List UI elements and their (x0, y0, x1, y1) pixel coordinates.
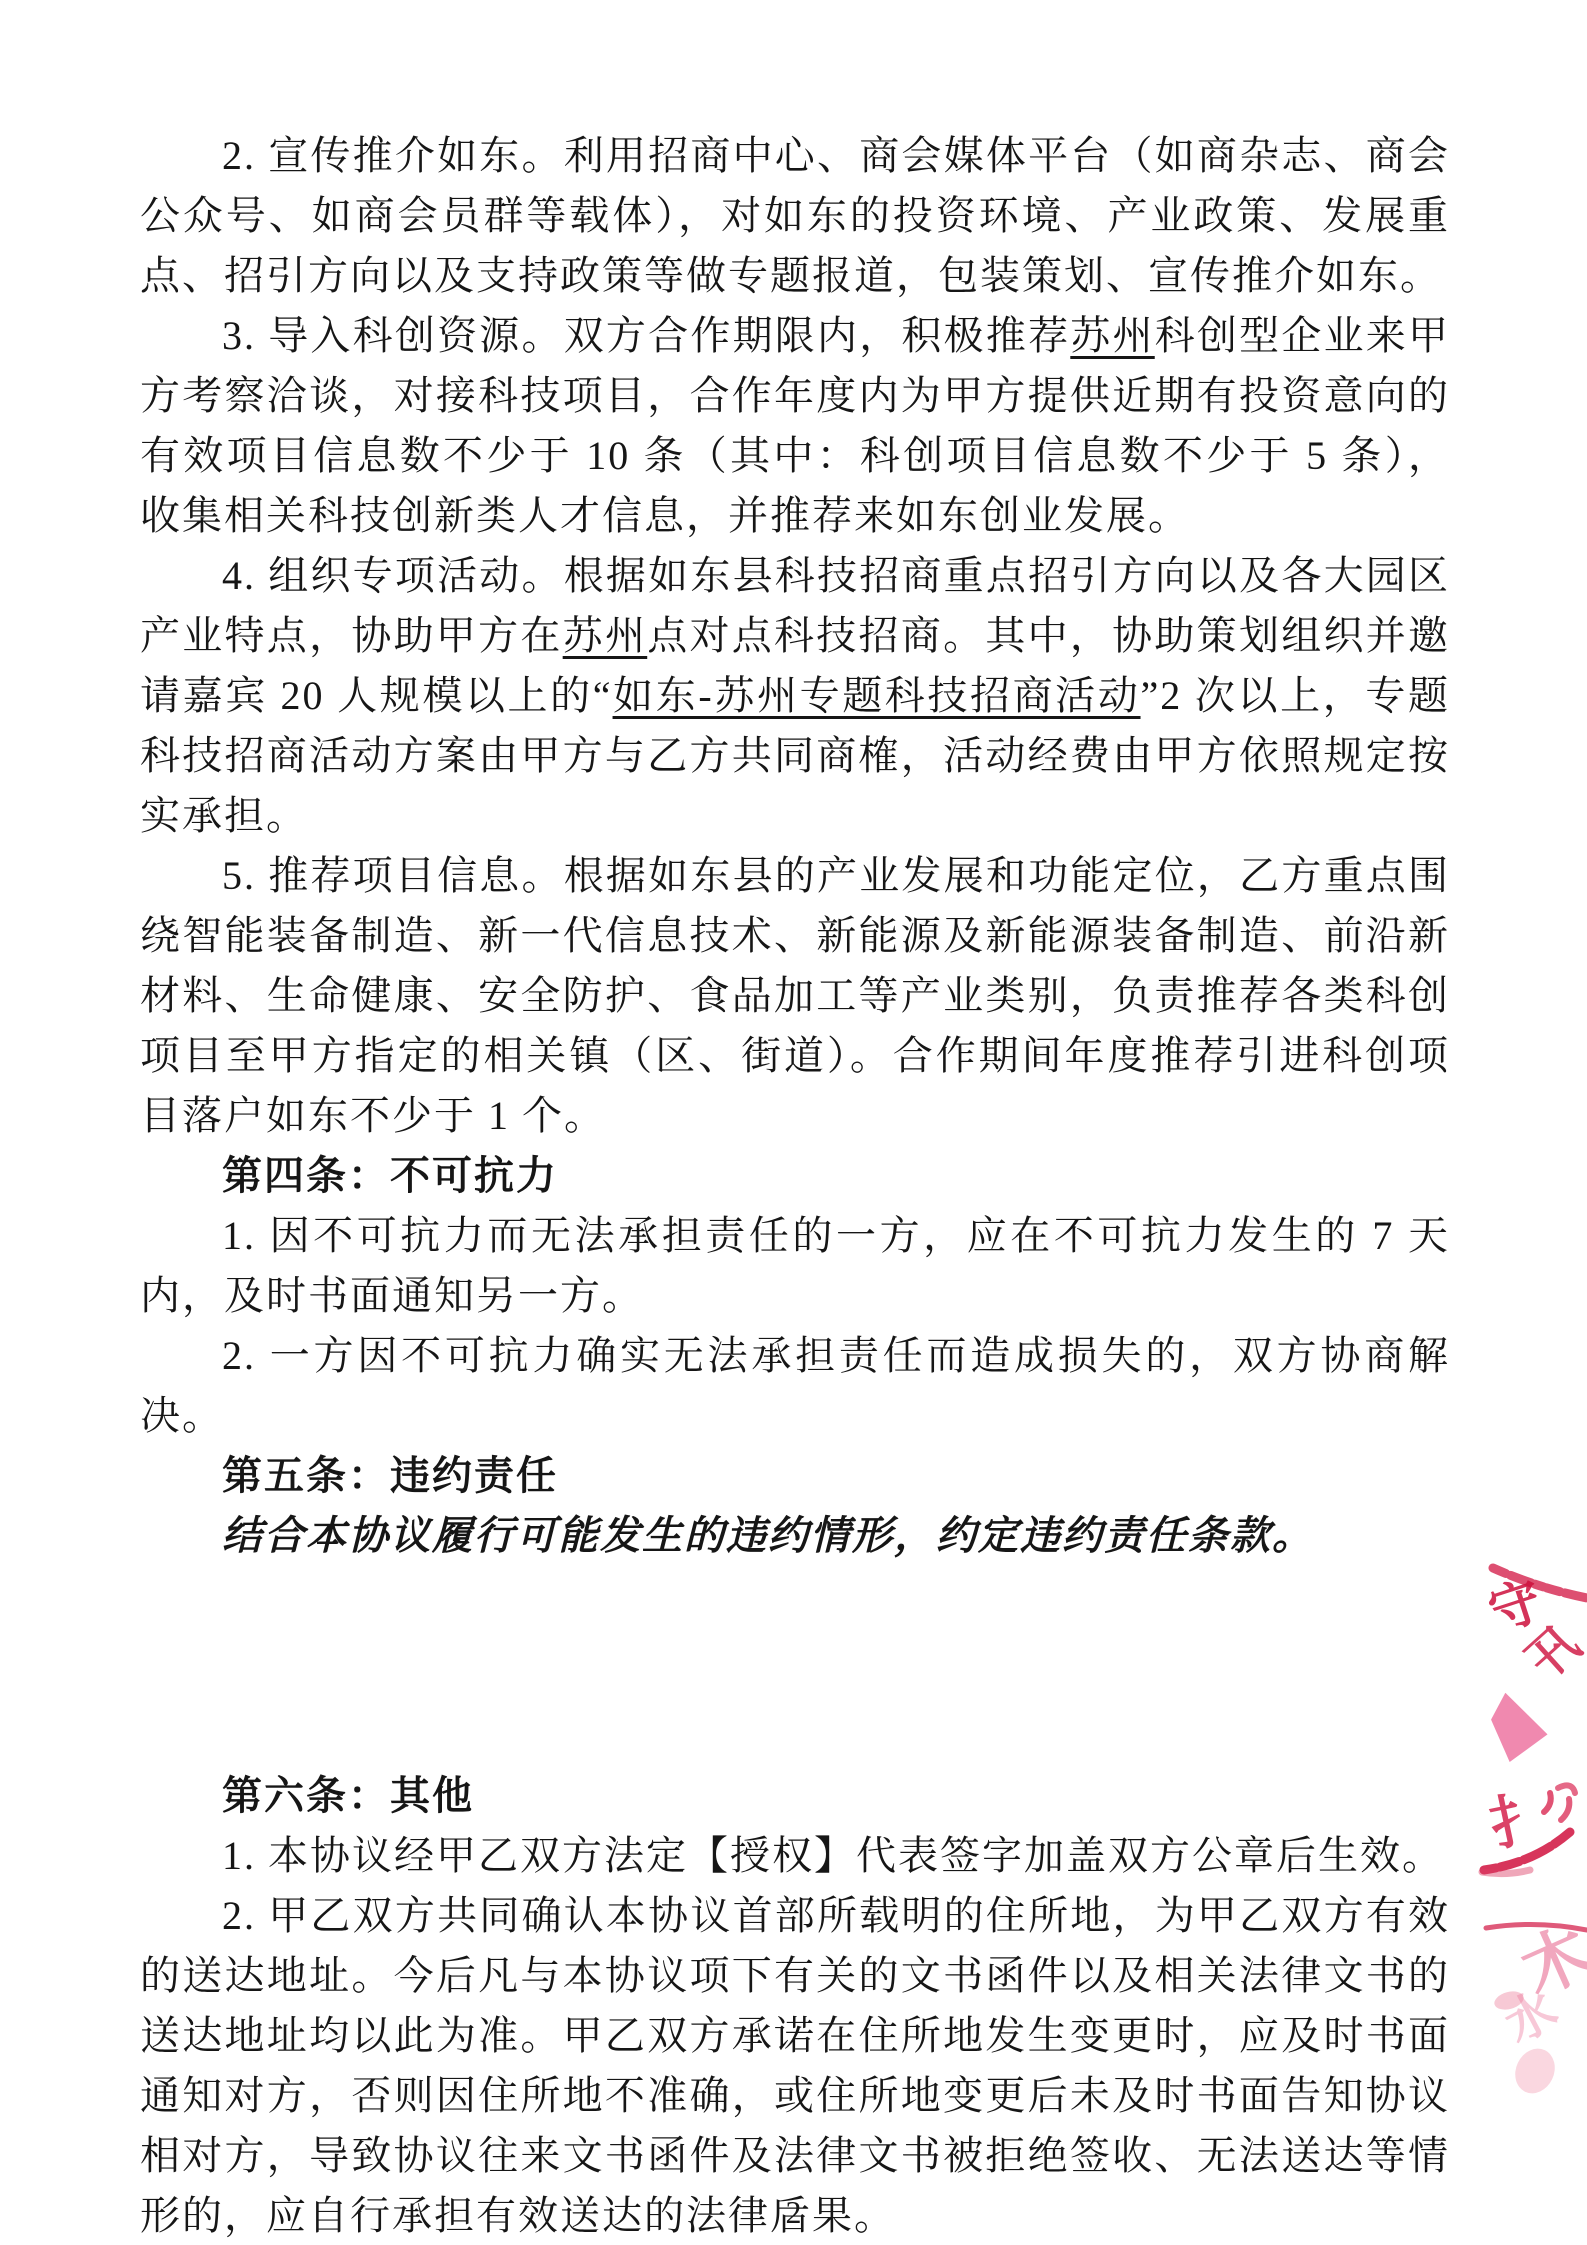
clause-3-import-scitech-resources: 3. 导入科创资源。双方合作期限内，积极推荐苏州科创型企业来甲方考察洽谈，对接科… (140, 306, 1450, 546)
article-6-misc-heading: 第六条：其他 (140, 1766, 1450, 1826)
misc-item-1: 1. 本协议经甲乙双方法定【授权】代表签字加盖双方公章后生效。 (140, 1826, 1450, 1886)
underlined-text: 苏州 (1070, 313, 1154, 358)
article-4-force-majeure-heading: 第四条：不可抗力 (140, 1146, 1450, 1206)
force-majeure-item-1: 1. 因不可抗力而无法承担责任的一方，应在不可抗力发生的 7 天内，及时书面通知… (140, 1206, 1450, 1326)
text-run: 3. 导入科创资源。双方合作期限内，积极推荐 (222, 313, 1070, 358)
clause-2-promote-rudong: 2. 宣传推介如东。利用招商中心、商会媒体平台（如商杂志、商会公众号、如商会员群… (140, 126, 1450, 306)
stamp-character: 木 (1513, 1919, 1587, 2006)
misc-item-2: 2. 甲乙双方共同确认本协议首部所载明的住所地，为甲乙双方有效的送达地址。今后凡… (140, 1886, 1450, 2245)
underlined-text: 如东-苏州专题科技招商活动 (613, 673, 1141, 718)
underlined-text: 苏州 (563, 613, 648, 658)
scanned-contract-page: { "document": { "blocks": [ { "type": "p… (0, 0, 1587, 2245)
stamp-ink-blob (1508, 2042, 1562, 2100)
stamp-ink-blob (1492, 1988, 1525, 2012)
stamp-character: 卂 (1518, 1618, 1587, 1689)
breach-liability-note: 结合本协议履行可能发生的违约情形，约定违约责任条款。 (140, 1506, 1450, 1566)
force-majeure-item-2: 2. 一方因不可抗力确实无法承担责任而造成损失的，双方协商解决。 (140, 1326, 1450, 1446)
stamp-character: 水 (1497, 1983, 1565, 2051)
clause-4-special-activities: 4. 组织专项活动。根据如东县科技招商重点招引方向以及各大园区产业特点，协助甲方… (140, 546, 1450, 846)
stamp-character: 扌 (1485, 1787, 1554, 1856)
contract-body: 2. 宣传推介如东。利用招商中心、商会媒体平台（如商杂志、商会公众号、如商会员群… (140, 126, 1450, 2245)
article-5-breach-liability-heading: 第五条：违约责任 (140, 1446, 1450, 1506)
clause-5-recommend-projects: 5. 推荐项目信息。根据如东县的产业发展和功能定位，乙方重点围绕智能装备制造、新… (140, 846, 1450, 1146)
stamp-ink-blob (1486, 1691, 1553, 1766)
stamp-character: 守 (1483, 1575, 1549, 1641)
page-number: 2 (0, 2194, 1587, 2231)
